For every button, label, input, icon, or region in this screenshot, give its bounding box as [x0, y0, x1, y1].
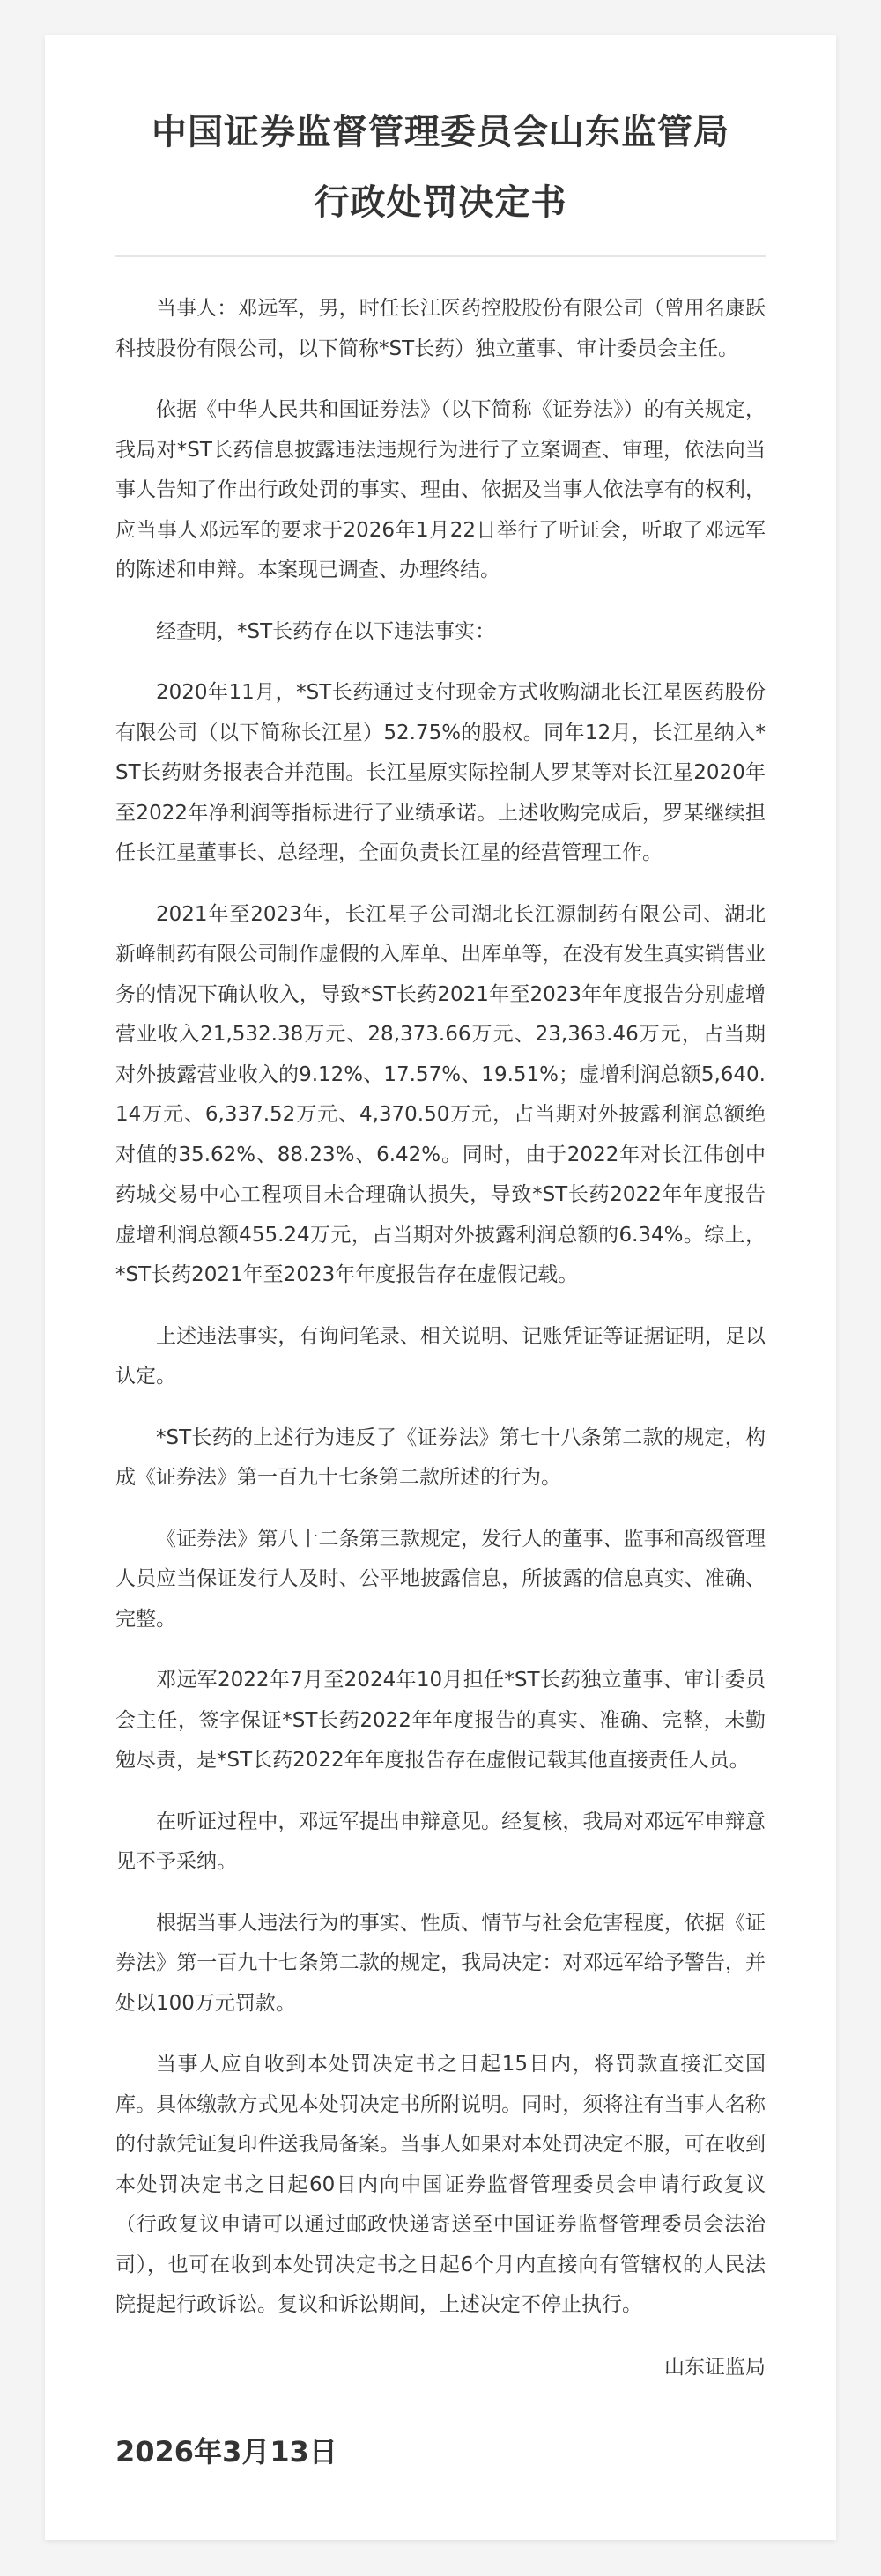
paragraph-decision: 根据当事人违法行为的事实、性质、情节与社会危害程度，依据《证券法》第一百九十七条…: [115, 1904, 766, 2025]
paragraph-violation: *ST长药的上述行为违反了《证券法》第七十八条第二款的规定，构成《证券法》第一百…: [115, 1418, 766, 1499]
paragraph-false-revenue: 2021年至2023年，长江星子公司湖北长江源制药有限公司、湖北新峰制药有限公司…: [115, 895, 766, 1296]
paragraph-procedure: 依据《中华人民共和国证券法》（以下简称《证券法》）的有关规定，我局对*ST长药信…: [115, 390, 766, 591]
document-card: 中国证券监督管理委员会山东监管局 行政处罚决定书 当事人：邓远军，男，时任长江医…: [45, 35, 836, 2540]
title-line-2: 行政处罚决定书: [115, 167, 766, 238]
paragraph-evidence: 上述违法事实，有询问笔录、相关说明、记账凭证等证据证明，足以认定。: [115, 1317, 766, 1397]
paragraph-acquisition: 2020年11月，*ST长药通过支付现金方式收购湖北长江星医药股份有限公司（以下…: [115, 673, 766, 874]
paragraph-legal-duty: 《证券法》第八十二条第三款规定，发行人的董事、监事和高级管理人员应当保证发行人及…: [115, 1520, 766, 1640]
paragraph-findings-intro: 经查明，*ST长药存在以下违法事实：: [115, 612, 766, 653]
title-line-1: 中国证券监督管理委员会山东监管局: [115, 97, 766, 167]
paragraph-responsibility: 邓远军2022年7月至2024年10月担任*ST长药独立董事、审计委员会主任，签…: [115, 1661, 766, 1781]
title-divider: [115, 255, 766, 257]
issuer-signature: 山东证监局: [115, 2347, 766, 2387]
paragraph-party: 当事人：邓远军，男，时任长江医药控股股份有限公司（曾用名康跃科技股份有限公司，以…: [115, 289, 766, 369]
paragraph-payment-appeal: 当事人应自收到本处罚决定书之日起15日内，将罚款直接汇交国库。具体缴款方式见本处…: [115, 2045, 766, 2326]
paragraph-hearing: 在听证过程中，邓远军提出申辩意见。经复核，我局对邓远军申辩意见不予采纳。: [115, 1802, 766, 1883]
issue-date: 2026年3月13日: [115, 2430, 766, 2474]
document-title: 中国证券监督管理委员会山东监管局 行政处罚决定书: [115, 97, 766, 238]
